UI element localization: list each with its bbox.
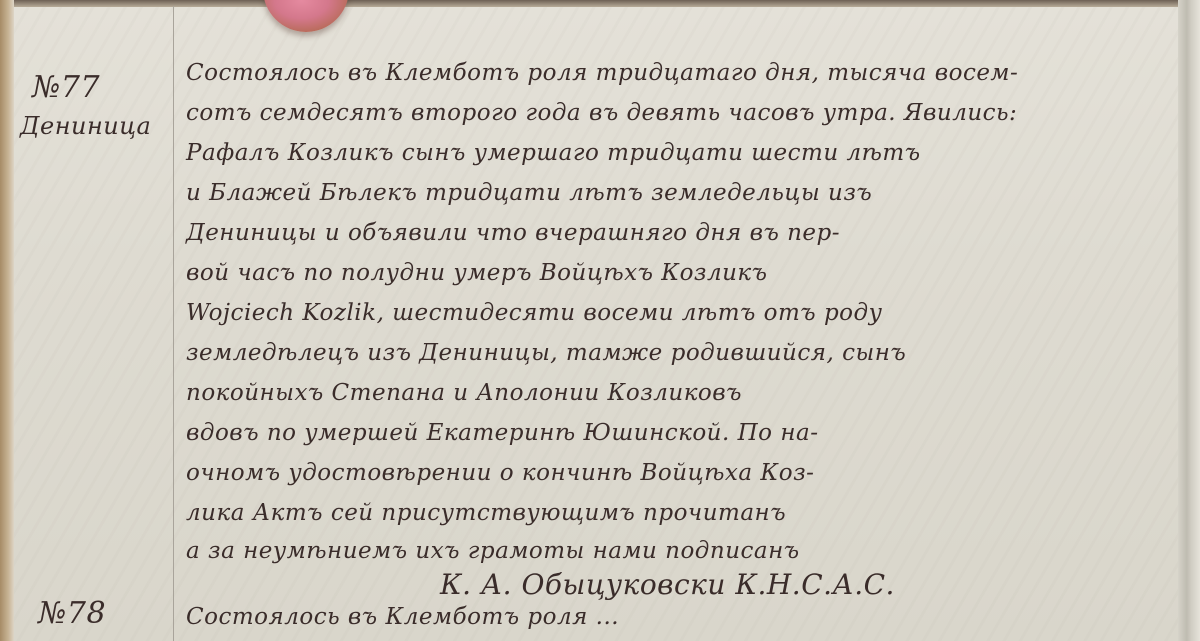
page-top-edge xyxy=(0,0,1200,7)
entry-line: вдовъ по умершей Екатеринѣ Юшинской. По … xyxy=(186,420,818,446)
entry-line: покойныхъ Степана и Аполонии Козликовъ xyxy=(186,380,742,406)
entry-village: Дениница xyxy=(20,112,151,140)
entry-number: №78 xyxy=(38,596,106,631)
entry-line: вой часъ по полудни умеръ Войцѣхъ Козлик… xyxy=(186,260,767,286)
entry-line: Рафалъ Козликъ сынъ умершаго тридцати ше… xyxy=(186,140,921,166)
page-right-edge xyxy=(1178,0,1200,641)
entry-line: Wojciech Kozlik, шестидесяти восеми лѣтъ… xyxy=(186,300,882,326)
entry-number: №77 xyxy=(32,70,100,105)
book-binding-edge xyxy=(0,0,14,641)
entry-line: Состоялось въ Клемботъ роля тридцатаго д… xyxy=(186,60,1018,86)
entry-line: Дениницы и объявили что вчерашняго дня в… xyxy=(186,220,840,246)
entry-line: а за неумѣниемъ ихъ грамоты нами подписа… xyxy=(186,538,800,564)
entry-line: лика Актъ сей присутствующимъ прочитанъ xyxy=(186,500,786,526)
entry-line: очномъ удостовѣрении о кончинѣ Войцѣха К… xyxy=(186,460,814,486)
entry-line: сотъ семдесятъ второго года въ девять ча… xyxy=(186,100,1017,126)
margin-rule xyxy=(173,6,174,641)
signature: К. А. Обыцуковски К.Н.С.А.С. xyxy=(440,568,895,601)
entry-line: Состоялось въ Клемботъ роля ... xyxy=(186,604,619,630)
entry-line: земледѣлецъ изъ Дениницы, тамже родивший… xyxy=(186,340,906,366)
entry-line: и Блажей Бѣлекъ тридцати лѣтъ земледельц… xyxy=(186,180,872,206)
